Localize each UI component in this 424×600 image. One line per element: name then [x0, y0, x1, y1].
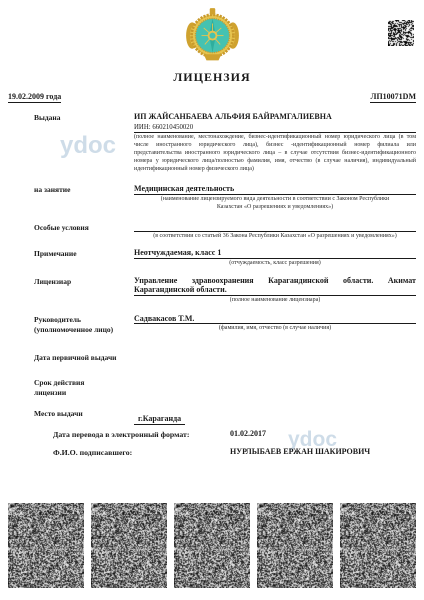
field-note: (отчуждаемость, класс разрешения) — [134, 260, 416, 268]
remark-value: Неотчуждаемая, класс 1 — [134, 248, 416, 259]
field-label: Руководитель — [34, 315, 134, 325]
kazakhstan-coat-of-arms-icon — [0, 7, 424, 67]
barcode-block — [340, 503, 416, 588]
license-number: ЛП10071DM — [370, 92, 416, 103]
licensor-value: Управление здравоохранения Карагандинско… — [134, 276, 416, 296]
field-label: Срок действия — [34, 378, 134, 388]
issue-line: 19.02.2009 года ЛП10071DM — [8, 92, 416, 103]
field-note: (фамилия, имя, отчество (в случае наличи… — [134, 325, 416, 333]
issue-place-value: г.Караганда — [134, 414, 185, 425]
field-label: на занятие — [34, 184, 134, 211]
field-label: Лицензиар — [34, 276, 134, 305]
validity-value — [134, 377, 416, 398]
signer-value: НУРЛЫБАЕВ ЕРЖАН ШАКИРОВИЧ — [230, 447, 416, 458]
field-special-conditions: Особые условия (в соответствии со статье… — [34, 222, 416, 241]
qr-code — [388, 20, 414, 46]
field-label: Особые условия — [34, 222, 134, 241]
field-activity: на занятие Медицинская деятельность (наи… — [34, 184, 416, 211]
field-label: Выдана — [34, 112, 134, 173]
licensee-name: ИП ЖАЙСАНБАЕВА АЛЬФИЯ БАЙРАМГАЛИЕВНА — [134, 112, 416, 122]
issue-date: 19.02.2009 года — [8, 92, 61, 103]
digital-date-value: 01.02.2017 — [230, 429, 416, 440]
field-label: Место выдачи — [34, 408, 134, 426]
field-label-2: лицензии — [34, 388, 134, 398]
fields: Выдана ИП ЖАЙСАНБАЕВА АЛЬФИЯ БАЙРАМГАЛИЕ… — [0, 112, 424, 458]
head-value: Садвакасов Т.М. — [134, 314, 416, 325]
signature-barcode-strip — [8, 503, 416, 588]
field-label: Дата первичной выдачи — [34, 352, 134, 363]
field-digital-date: Дата перевода в электронный формат: 01.0… — [53, 429, 416, 440]
field-signer: Ф.И.О. подписавшего: НУРЛЫБАЕВ ЕРЖАН ШАК… — [53, 447, 416, 458]
field-label-2: (уполномоченное лицо) — [34, 325, 134, 335]
licensee-iin: ИИН: 660210450020 — [134, 124, 416, 134]
barcode-block — [91, 503, 167, 588]
field-licensor: Лицензиар Управление здравоохранения Кар… — [34, 276, 416, 305]
barcode-block — [257, 503, 333, 588]
field-first-issue-date: Дата первичной выдачи — [34, 352, 416, 363]
activity-value: Медицинская деятельность — [134, 184, 416, 195]
barcode-block — [174, 503, 250, 588]
field-label: Дата перевода в электронный формат: — [53, 429, 230, 440]
license-document: ydoc ydoc ЛИЦЕНЗ — [0, 0, 424, 600]
first-issue-date-value — [134, 352, 416, 363]
field-remark: Примечание Неотчуждаемая, класс 1 (отчуж… — [34, 248, 416, 267]
qr-code-image — [388, 20, 414, 46]
field-note: (наименование лицензируемого вида деятел… — [134, 196, 416, 212]
field-head: Руководитель (уполномоченное лицо) Садва… — [34, 314, 416, 335]
field-note: (в соответствии со статьей 36 Закона Рес… — [134, 233, 416, 241]
barcode-block — [8, 503, 84, 588]
field-label: Ф.И.О. подписавшего: — [53, 447, 230, 458]
special-conditions-value — [134, 222, 416, 232]
field-issued-to: Выдана ИП ЖАЙСАНБАЕВА АЛЬФИЯ БАЙРАМГАЛИЕ… — [34, 112, 416, 173]
field-label: Примечание — [34, 248, 134, 267]
field-note: (полное наименование, местонахождение, б… — [134, 134, 416, 173]
document-title: ЛИЦЕНЗИЯ — [0, 70, 424, 85]
field-validity: Срок действия лицензии — [34, 377, 416, 398]
field-note: (полное наименование лицензиара) — [134, 297, 416, 305]
field-issue-place: Место выдачи г.Караганда — [34, 408, 416, 426]
